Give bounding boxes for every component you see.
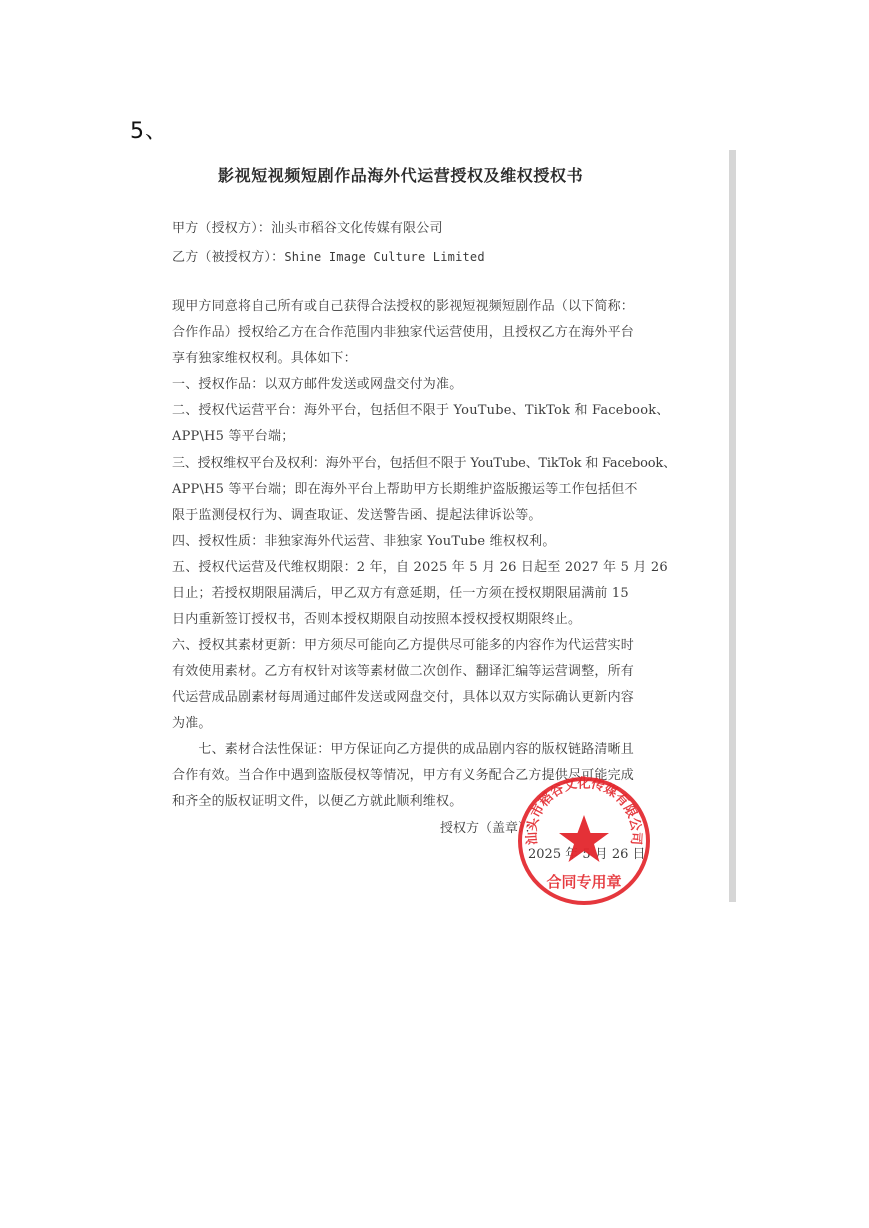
clause-6: 六、授权其素材更新：甲方须尽可能向乙方提供尽可能多的内容作为代运营实时 [172, 638, 634, 654]
party-b-name: Shine Image Culture Limited [284, 250, 484, 264]
clause-7: 七、素材合法性保证：甲方保证向乙方提供的成品剧内容的版权链路清晰且 [172, 742, 634, 758]
party-a: 甲方（授权方）：汕头市稻谷文化传媒有限公司 [172, 221, 443, 237]
clause-6: 为准。 [172, 716, 212, 732]
clause-3: 限于监测侵权行为、调查取证、发送警告函、提起法律诉讼等。 [172, 508, 542, 524]
clause-5: 日止；若授权期限届满后，甲乙双方有意延期，任一方须在授权期限届满前 15 [172, 586, 629, 602]
intro-line: 享有独家维权权利。具体如下： [172, 351, 357, 367]
clause-2: APP\H5 等平台端； [172, 429, 294, 445]
party-b: 乙方（被授权方）：Shine Image Culture Limited [172, 249, 485, 266]
intro-line: 现甲方同意将自己所有或自己获得合法授权的影视短视频短剧作品（以下简称： [172, 299, 634, 315]
signature-label: 授权方（盖章）： [440, 817, 538, 836]
intro-line: 合作作品）授权给乙方在合作范围内非独家代运营使用，且授权乙方在海外平台 [172, 325, 634, 341]
clause-3: APP\H5 等平台端；即在海外平台上帮助甲方长期维护盗版搬运等工作包括但不 [172, 482, 638, 498]
signature-date: 2025 年 5 月 26 日 [528, 843, 646, 862]
scan-edge-shadow [729, 150, 736, 902]
clause-4: 四、授权性质：非独家海外代运营、非独家 YouTube 维权权利。 [172, 534, 556, 550]
clause-6: 代运营成品剧素材每周通过邮件发送或网盘交付，具体以双方实际确认更新内容 [172, 690, 634, 706]
clause-5: 日内重新签订授权书，否则本授权期限自动按照本授权授权期限终止。 [172, 612, 581, 628]
clause-7: 合作有效。当合作中遇到盗版侵权等情况，甲方有义务配合乙方提供尽可能完成 [172, 768, 634, 784]
clause-6: 有效使用素材。乙方有权针对该等素材做二次创作、翻译汇编等运营调整，所有 [172, 664, 634, 680]
clause-1: 一、授权作品：以双方邮件发送或网盘交付为准。 [172, 377, 462, 393]
section-number: 5、 [130, 114, 168, 145]
clause-2: 二、授权代运营平台：海外平台，包括但不限于 YouTube、TikTok 和 F… [172, 403, 670, 419]
clause-3: 三、授权维权平台及权利：海外平台，包括但不限于 YouTube、TikTok 和… [172, 456, 676, 472]
clause-5: 五、授权代运营及代维权期限：2 年，自 2025 年 5 月 26 日起至 20… [172, 560, 668, 576]
clause-7: 和齐全的版权证明文件，以便乙方就此顺利维权。 [172, 794, 462, 810]
document-title: 影视短视频短剧作品海外代运营授权及维权授权书 [218, 163, 598, 186]
party-b-label: 乙方（被授权方）： [172, 250, 284, 265]
